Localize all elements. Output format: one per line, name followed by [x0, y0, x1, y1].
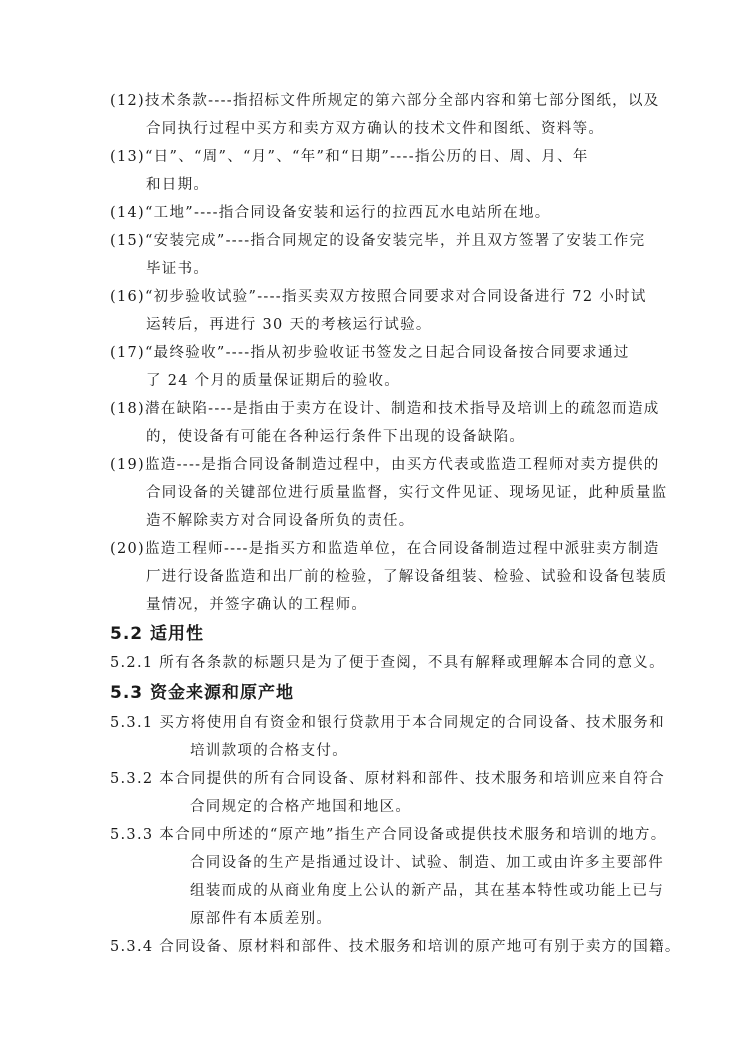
definition-12-line-1: (12)技术条款----指招标文件所规定的第六部分全部内容和第七部分图纸，以及 [110, 92, 660, 110]
section-heading-5-2: 5.2 适用性 [110, 624, 204, 644]
definition-14-line-1: (14)“工地”----指合同设备安装和运行的拉西瓦水电站所在地。 [110, 204, 551, 222]
definition-20-line-3: 量情况，并签字确认的工程师。 [146, 596, 367, 614]
clause-5-3-3-line-2: 合同设备的生产是指通过设计、试验、制造、加工或由许多主要部件 [190, 854, 664, 872]
definition-15-line-2: 毕证书。 [146, 260, 209, 278]
clause-5-3-4-line-1: 5.3.4 合同设备、原材料和部件、技术服务和培训的原产地可有别于卖方的国籍。 [110, 938, 681, 956]
definition-13-line-1: (13)“日”、“周”、“月”、“年”和“日期”----指公历的日、周、月、年 [110, 148, 589, 166]
section-heading-5-3: 5.3 资金来源和原产地 [110, 683, 294, 703]
definition-13-line-2: 和日期。 [146, 176, 209, 194]
definition-16-line-1: (16)“初步验收试验”----指买卖双方按照合同要求对合同设备进行 72 小时… [110, 288, 647, 306]
definition-12-line-2: 合同执行过程中买方和卖方双方确认的技术文件和图纸、资料等。 [146, 120, 604, 138]
clause-5-3-1-line-2: 培训款项的合格支付。 [190, 742, 348, 760]
clause-5-3-3-line-4: 原部件有本质差别。 [190, 910, 332, 928]
clause-5-2-1-line-1: 5.2.1 所有各条款的标题只是为了便于查阅，不具有解释或理解本合同的意义。 [110, 654, 665, 672]
clause-5-3-1-line-1: 5.3.1 买方将使用自有资金和银行贷款用于本合同规定的合同设备、技术服务和 [110, 714, 665, 732]
definition-20-line-2: 厂进行设备监造和出厂前的检验，了解设备组装、检验、试验和设备包装质 [146, 568, 667, 586]
clause-5-3-3-line-1: 5.3.3 本合同中所述的“原产地”指生产合同设备或提供技术服务和培训的地方。 [110, 826, 667, 844]
definition-18-line-2: 的，使设备有可能在各种运行条件下出现的设备缺陷。 [146, 428, 525, 446]
definition-15-line-1: (15)“安装完成”----指合同规定的设备安装完毕，并且双方签署了安装工作完 [110, 232, 645, 250]
definition-19-line-2: 合同设备的关键部位进行质量监督，实行文件见证、现场见证，此种质量监 [146, 484, 667, 502]
clause-5-3-3-line-3: 组装而成的从商业角度上公认的新产品，其在基本特性或功能上已与 [190, 882, 664, 900]
definition-16-line-2: 运转后，再进行 30 天的考核运行试验。 [146, 316, 432, 334]
clause-5-3-2-line-2: 合同规定的合格产地国和地区。 [190, 798, 411, 816]
definition-19-line-1: (19)监造----是指合同设备制造过程中，由买方代表或监造工程师对卖方提供的 [110, 456, 660, 474]
definition-19-line-3: 造不解除卖方对合同设备所负的责任。 [146, 512, 415, 530]
definition-17-line-2: 了 24 个月的质量保证期后的验收。 [146, 372, 400, 390]
clause-5-3-2-line-1: 5.3.2 本合同提供的所有合同设备、原材料和部件、技术服务和培训应来自符合 [110, 770, 665, 788]
definition-17-line-1: (17)“最终验收”----指从初步验收证书签发之日起合同设备按合同要求通过 [110, 344, 630, 362]
document-page: (12)技术条款----指招标文件所规定的第六部分全部内容和第七部分图纸，以及 … [0, 0, 744, 1052]
definition-18-line-1: (18)潜在缺陷----是指由于卖方在设计、制造和技术指导及培训上的疏忽而造成 [110, 400, 660, 418]
definition-20-line-1: (20)监造工程师----是指买方和监造单位，在合同设备制造过程中派驻卖方制造 [110, 540, 660, 558]
